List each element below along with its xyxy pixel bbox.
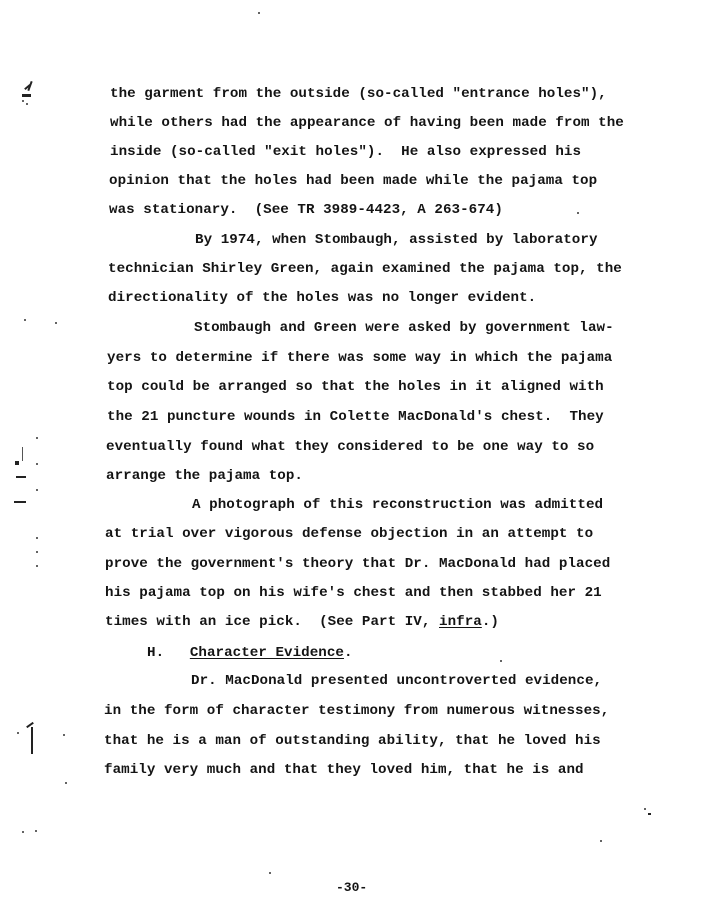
page-number: -30- [336,880,367,895]
text-line: while others had the appearance of havin… [110,114,624,132]
text-line: family very much and that they loved him… [104,761,584,779]
underlined-term: infra [439,614,482,630]
text-line: that he is a man of outstanding ability,… [104,732,601,750]
section-title: Character Evidence [190,645,344,661]
text-line: top could be arranged so that the holes … [107,378,604,396]
text-line: yers to determine if there was some way … [107,349,612,367]
text-line: times with an ice pick. (See Part IV, in… [105,613,499,631]
text-fragment: times with an ice pick. (See Part IV, [105,614,439,630]
text-line: the 21 puncture wounds in Colette MacDon… [107,408,604,426]
text-line: directionality of the holes was no longe… [108,289,536,307]
text-fragment: .) [482,614,499,630]
text-line: Stombaugh and Green were asked by govern… [194,319,614,337]
document-page: the garment from the outside (so-called … [0,0,720,897]
text-line: technician Shirley Green, again examined… [108,260,622,278]
text-line: arrange the pajama top. [106,467,303,485]
section-letter: H. [147,645,164,661]
text-line: the garment from the outside (so-called … [110,85,607,103]
text-line: in the form of character testimony from … [104,702,609,720]
text-line: Dr. MacDonald presented uncontroverted e… [191,672,602,690]
text-line: opinion that the holes had been made whi… [109,172,597,190]
text-line: eventually found what they considered to… [106,438,594,456]
text-line: inside (so-called "exit holes"). He also… [110,143,581,161]
text-line: By 1974, when Stombaugh, assisted by lab… [195,231,598,249]
section-punct: . [344,645,353,661]
section-heading: H. Character Evidence. [147,644,353,662]
text-line: prove the government's theory that Dr. M… [105,555,610,573]
text-line: was stationary. (See TR 3989-4423, A 263… [109,201,503,219]
text-line: A photograph of this reconstruction was … [192,496,603,514]
text-line: his pajama top on his wife's chest and t… [105,584,602,602]
text-line: at trial over vigorous defense objection… [105,525,593,543]
